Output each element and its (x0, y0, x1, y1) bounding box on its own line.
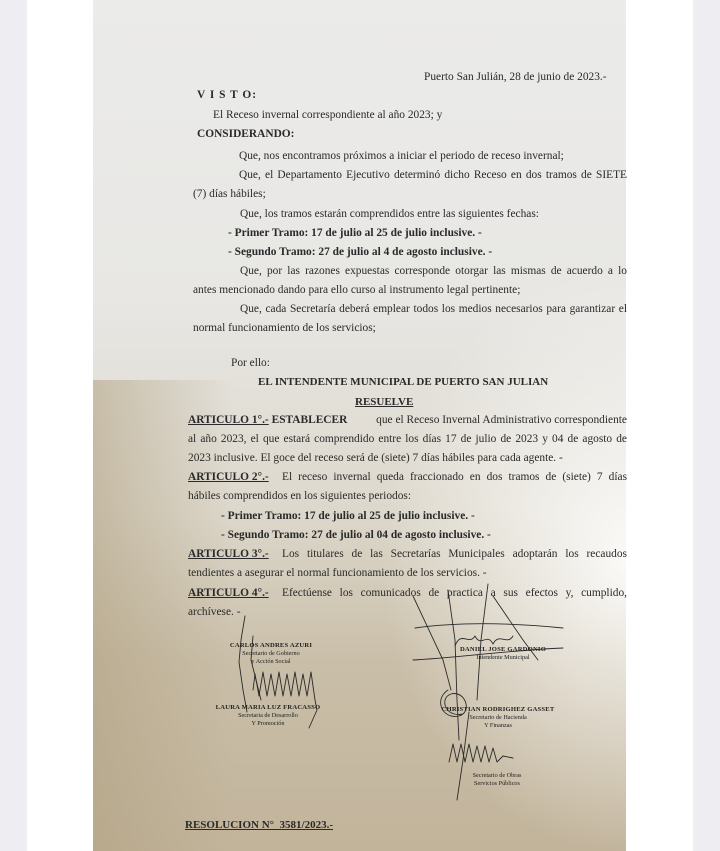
signature-block-intendente: DANIEL JOSE GARDONIO Intendente Municipa… (443, 646, 563, 662)
signatory-name: CARLOS ANDRES AZURI (201, 642, 341, 650)
signatory-title: Y Promoción (193, 720, 343, 728)
signature-block-desarrollo: LAURA MARIA LUZ FRACASSO Secretaria de D… (193, 704, 343, 728)
signature-block-obras: Secretario de Obras Servicios Públicos (457, 772, 537, 788)
signatory-title: Secretaria de Desarrollo (193, 712, 343, 720)
signatory-title: Secretario de Obras (457, 772, 537, 780)
signature-block-hacienda: CHRISTIAN RODRIGHEZ GASSET Secretario de… (423, 706, 573, 730)
signatory-title: Secretario de Gobierno (201, 650, 341, 658)
resolution-document: Puerto San Julián, 28 de junio de 2023.-… (93, 0, 626, 851)
signatory-name: DANIEL JOSE GARDONIO (443, 646, 563, 654)
signatory-title: Servicios Públicos (457, 780, 537, 788)
signatory-title: Y Finanzas (423, 722, 573, 730)
signature-block-gobierno: CARLOS ANDRES AZURI Secretario de Gobier… (201, 642, 341, 666)
signatory-title: Secretario de Hacienda (423, 714, 573, 722)
signatory-title: y Acción Social (201, 658, 341, 666)
resolution-number: RESOLUCION N° 3581/2023.- (185, 816, 333, 835)
signatory-title: Intendente Municipal (443, 654, 563, 662)
signatory-name: CHRISTIAN RODRIGHEZ GASSET (423, 706, 573, 714)
signatory-name: LAURA MARIA LUZ FRACASSO (193, 704, 343, 712)
